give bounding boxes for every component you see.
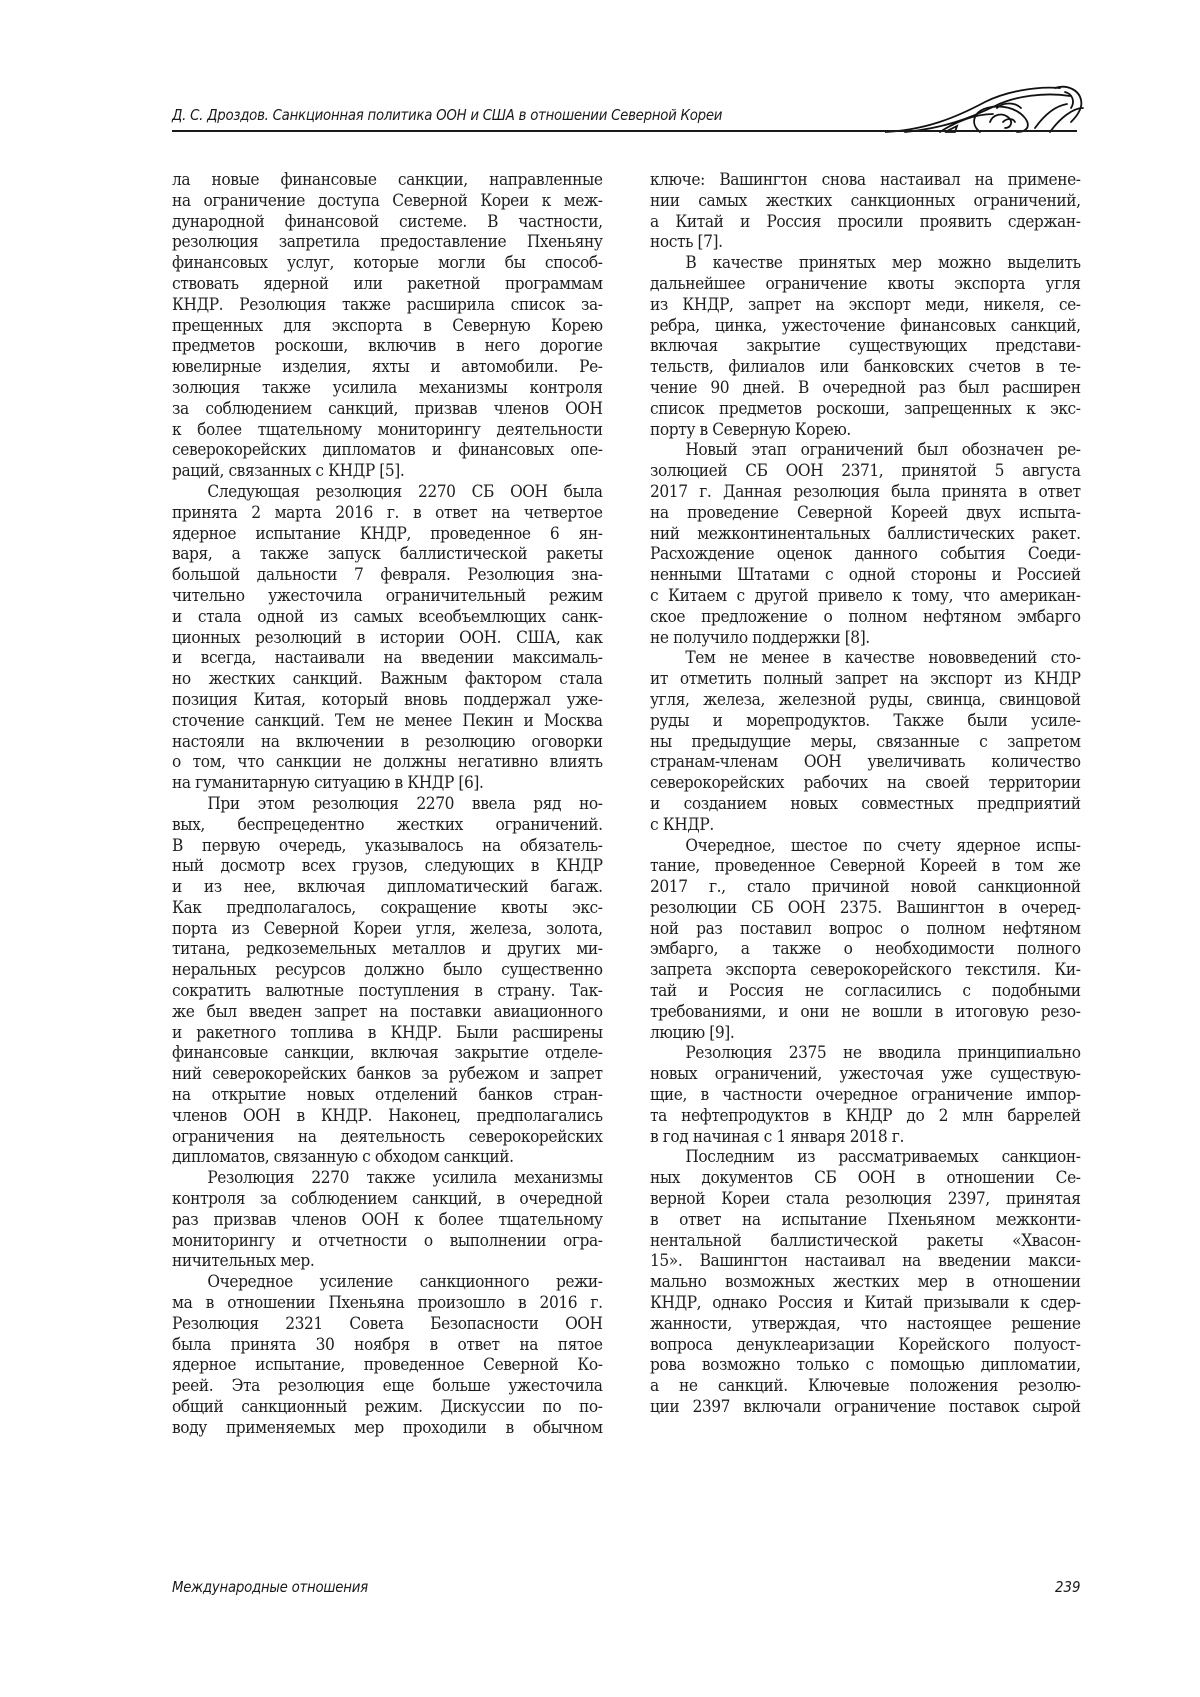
text-line: контроля за соблюдением санкций, в очере… bbox=[172, 1189, 603, 1210]
text-line: северокорейских рабочих на своей террито… bbox=[650, 773, 1081, 794]
text-line: люцию [9]. bbox=[650, 1023, 1081, 1044]
text-line: угля, железа, железной руды, свинца, сви… bbox=[650, 690, 1081, 711]
text-line: чительно ужесточила ограничительный режи… bbox=[172, 586, 603, 607]
text-line: а Китай и Россия просили проявить сдержа… bbox=[650, 212, 1081, 233]
text-line: раций, связанных с КНДР [5]. bbox=[172, 461, 603, 482]
text-line: ных документов СБ ООН в отношении Се- bbox=[650, 1168, 1081, 1189]
text-line: же был введен запрет на поставки авиацио… bbox=[172, 1002, 603, 1023]
text-line: принята 2 марта 2016 г. в ответ на четве… bbox=[172, 503, 603, 524]
text-line: в год начиная с 1 января 2018 г. bbox=[650, 1127, 1081, 1148]
text-line: из КНДР, запрет на экспорт меди, никеля,… bbox=[650, 295, 1081, 316]
text-line: ядерное испытание, проведенное Северной … bbox=[172, 1355, 603, 1376]
text-line: ны предыдущие меры, связанные с запретом bbox=[650, 732, 1081, 753]
text-line: порта из Северной Кореи угля, железа, зо… bbox=[172, 919, 603, 940]
text-line: Тем не менее в качестве нововведений сто… bbox=[650, 648, 1081, 669]
text-line: В качестве принятых мер можно выделить bbox=[650, 253, 1081, 274]
text-line: нентальной баллистической ракеты «Хвасон… bbox=[650, 1231, 1081, 1252]
text-line: тание, проведенное Северной Кореей в том… bbox=[650, 856, 1081, 877]
text-line: рова возможно только с помощью дипломати… bbox=[650, 1355, 1081, 1376]
text-line: на проведение Северной Кореей двух испыт… bbox=[650, 503, 1081, 524]
text-line: ское предложение о полном нефтяном эмбар… bbox=[650, 607, 1081, 628]
text-line: настояли на включении в резолюцию оговор… bbox=[172, 732, 603, 753]
text-line: ный досмотр всех грузов, следующих в КНД… bbox=[172, 856, 603, 877]
text-line: Как предполагалось, сокращение квоты экс… bbox=[172, 898, 603, 919]
text-line: ции 2397 включали ограничение поставок с… bbox=[650, 1397, 1081, 1418]
text-line: северокорейских дипломатов и финансовых … bbox=[172, 440, 603, 461]
text-line: на открытие новых отделений банков стран… bbox=[172, 1085, 603, 1106]
text-line: запрета экспорта северокорейского тексти… bbox=[650, 960, 1081, 981]
text-line: с КНДР. bbox=[650, 815, 1081, 836]
text-line: и стала одной из самых всеобъемлющих сан… bbox=[172, 607, 603, 628]
page-number: 239 bbox=[1055, 1578, 1080, 1596]
text-line: 2017 г., стало причиной новой санкционно… bbox=[650, 877, 1081, 898]
text-line: жанности, утверждая, что настоящее решен… bbox=[650, 1314, 1081, 1335]
text-line: 2017 г. Данная резолюция была принята в … bbox=[650, 482, 1081, 503]
text-line: варя, а также запуск баллистической раке… bbox=[172, 544, 603, 565]
text-line: и ракетного топлива в КНДР. Были расшире… bbox=[172, 1023, 603, 1044]
header-rule bbox=[172, 130, 1077, 132]
text-line: к более тщательному мониторингу деятельн… bbox=[172, 420, 603, 441]
text-line: тельств, филиалов или банковских счетов … bbox=[650, 357, 1081, 378]
text-line: эмбарго, а также о необходимости полного bbox=[650, 939, 1081, 960]
text-line: список предметов роскоши, запрещенных к … bbox=[650, 399, 1081, 420]
text-line: сократить валютные поступления в страну.… bbox=[172, 981, 603, 1002]
text-line: ла новые финансовые санкции, направленны… bbox=[172, 170, 603, 191]
text-line: вопроса денуклеаризации Корейского полуо… bbox=[650, 1335, 1081, 1356]
text-line: но жестких санкций. Важным фактором стал… bbox=[172, 669, 603, 690]
text-line: та нефтепродуктов в КНДР до 2 млн баррел… bbox=[650, 1106, 1081, 1127]
left-column: ла новые финансовые санкции, направленны… bbox=[172, 170, 602, 1439]
text-line: ничительных мер. bbox=[172, 1251, 603, 1272]
text-line: Следующая резолюция 2270 СБ ООН была bbox=[172, 482, 603, 503]
text-line: ит отметить полный запрет на экспорт из … bbox=[650, 669, 1081, 690]
text-line: финансовые санкции, включая закрытие отд… bbox=[172, 1043, 603, 1064]
text-line: и из нее, включая дипломатический багаж. bbox=[172, 877, 603, 898]
text-line: В первую очередь, указывалось на обязате… bbox=[172, 836, 603, 857]
text-line: ствовать ядерной или ракетной программам bbox=[172, 274, 603, 295]
text-line: Расхождение оценок данного события Соеди… bbox=[650, 544, 1081, 565]
text-line: ний северокорейских банков за рубежом и … bbox=[172, 1064, 603, 1085]
text-line: 15». Вашингтон настаивал на введении мак… bbox=[650, 1251, 1081, 1272]
text-line: КНДР, однако Россия и Китай призывали к … bbox=[650, 1293, 1081, 1314]
text-line: новых ограничений, ужесточая уже существ… bbox=[650, 1064, 1081, 1085]
text-line: ной раз поставил вопрос о полном нефтяно… bbox=[650, 919, 1081, 940]
text-line: золюцией СБ ООН 2371, принятой 5 августа bbox=[650, 461, 1081, 482]
text-line: резолюция запретила предоставление Пхень… bbox=[172, 232, 603, 253]
running-title: Д. С. Дроздов. Санкционная политика ООН … bbox=[172, 106, 722, 124]
text-line: прещенных для экспорта в Северную Корею bbox=[172, 316, 603, 337]
text-line: Последним из рассматриваемых санкцион- bbox=[650, 1147, 1081, 1168]
text-line: на гуманитарную ситуацию в КНДР [6]. bbox=[172, 773, 603, 794]
text-line: При этом резолюция 2270 ввела ряд но- bbox=[172, 794, 603, 815]
text-line: и всегда, настаивали на введении максима… bbox=[172, 648, 603, 669]
text-line: за соблюдением санкций, призвав членов О… bbox=[172, 399, 603, 420]
text-line: и созданием новых совместных предприятий bbox=[650, 794, 1081, 815]
text-line: финансовых услуг, которые могли бы спосо… bbox=[172, 253, 603, 274]
text-line: дународной финансовой системе. В частнос… bbox=[172, 212, 603, 233]
text-line: верной Кореи стала резолюция 2397, приня… bbox=[650, 1189, 1081, 1210]
text-line: общий санкционный режим. Дискуссии по по… bbox=[172, 1397, 603, 1418]
text-line: Резолюция 2375 не вводила принципиально bbox=[650, 1043, 1081, 1064]
text-line: была принята 30 ноября в ответ на пятое bbox=[172, 1335, 603, 1356]
text-line: нии самых жестких санкционных ограничени… bbox=[650, 191, 1081, 212]
text-line: раз призвав членов ООН к более тщательно… bbox=[172, 1210, 603, 1231]
text-line: большой дальности 7 февраля. Резолюция з… bbox=[172, 565, 603, 586]
text-line: титана, редкоземельных металлов и других… bbox=[172, 939, 603, 960]
text-line: щие, в частности очередное ограничение и… bbox=[650, 1085, 1081, 1106]
text-line: ребра, цинка, ужесточение финансовых сан… bbox=[650, 316, 1081, 337]
text-line: о том, что санкции не должны негативно в… bbox=[172, 752, 603, 773]
text-line: странам-членам ООН увеличивать количеств… bbox=[650, 752, 1081, 773]
text-line: ционных резолюций в истории ООН. США, ка… bbox=[172, 628, 603, 649]
text-line: КНДР. Резолюция также расширила список з… bbox=[172, 295, 603, 316]
text-line: с Китаем с другой привело к тому, что ам… bbox=[650, 586, 1081, 607]
text-line: тай и Россия не согласились с подобными bbox=[650, 981, 1081, 1002]
text-line: мониторингу и отчетности о выполнении ог… bbox=[172, 1231, 603, 1252]
text-line: Резолюция 2270 также усилила механизмы bbox=[172, 1168, 603, 1189]
text-line: требованиями, и они не вошли в итоговую … bbox=[650, 1002, 1081, 1023]
text-line: чение 90 дней. В очередной раз был расши… bbox=[650, 378, 1081, 399]
text-line: сточение санкций. Тем не менее Пекин и М… bbox=[172, 711, 603, 732]
text-line: воду применяемых мер проходили в обычном bbox=[172, 1418, 603, 1439]
right-column: ключе: Вашингтон снова настаивал на прим… bbox=[650, 170, 1080, 1418]
text-line: Очередное, шестое по счету ядерное испы- bbox=[650, 836, 1081, 857]
text-line: включая закрытие существующих представи- bbox=[650, 336, 1081, 357]
text-line: членов ООН в КНДР. Наконец, предполагали… bbox=[172, 1106, 603, 1127]
text-line: вых, беспрецедентно жестких ограничений. bbox=[172, 815, 603, 836]
text-line: неральных ресурсов должно было существен… bbox=[172, 960, 603, 981]
text-line: в ответ на испытание Пхеньяном межконти- bbox=[650, 1210, 1081, 1231]
text-line: не получило поддержки [8]. bbox=[650, 628, 1081, 649]
text-line: ний межконтинентальных баллистических ра… bbox=[650, 524, 1081, 545]
text-line: ядерное испытание КНДР, проведенное 6 ян… bbox=[172, 524, 603, 545]
text-line: реей. Эта резолюция еще больше ужесточил… bbox=[172, 1376, 603, 1397]
text-line: Резолюция 2321 Совета Безопасности ООН bbox=[172, 1314, 603, 1335]
text-line: резолюции СБ ООН 2375. Вашингтон в очере… bbox=[650, 898, 1081, 919]
text-line: золюция также усилила механизмы контроля bbox=[172, 378, 603, 399]
text-line: дипломатов, связанную с обходом санкций. bbox=[172, 1147, 603, 1168]
text-line: Новый этап ограничений был обозначен ре- bbox=[650, 440, 1081, 461]
text-line: Очередное усиление санкционного режи- bbox=[172, 1272, 603, 1293]
journal-name: Международные отношения bbox=[172, 1578, 368, 1596]
text-line: мально возможных жестких мер в отношении bbox=[650, 1272, 1081, 1293]
text-line: ювелирные изделия, яхты и автомобили. Ре… bbox=[172, 357, 603, 378]
text-line: дальнейшее ограничение квоты экспорта уг… bbox=[650, 274, 1081, 295]
text-line: предметов роскоши, включив в него дороги… bbox=[172, 336, 603, 357]
text-line: а не санкций. Ключевые положения резолю- bbox=[650, 1376, 1081, 1397]
text-line: ключе: Вашингтон снова настаивал на прим… bbox=[650, 170, 1081, 191]
text-line: ма в отношении Пхеньяна произошло в 2016… bbox=[172, 1293, 603, 1314]
text-line: на ограничение доступа Северной Кореи к … bbox=[172, 191, 603, 212]
text-line: позиция Китая, который вновь поддержал у… bbox=[172, 690, 603, 711]
text-line: ненными Штатами с одной стороны и Россие… bbox=[650, 565, 1081, 586]
text-line: ность [7]. bbox=[650, 232, 1081, 253]
text-line: руды и морепродуктов. Также были усиле- bbox=[650, 711, 1081, 732]
text-line: порту в Северную Корею. bbox=[650, 420, 1081, 441]
text-line: ограничения на деятельность северокорейс… bbox=[172, 1127, 603, 1148]
